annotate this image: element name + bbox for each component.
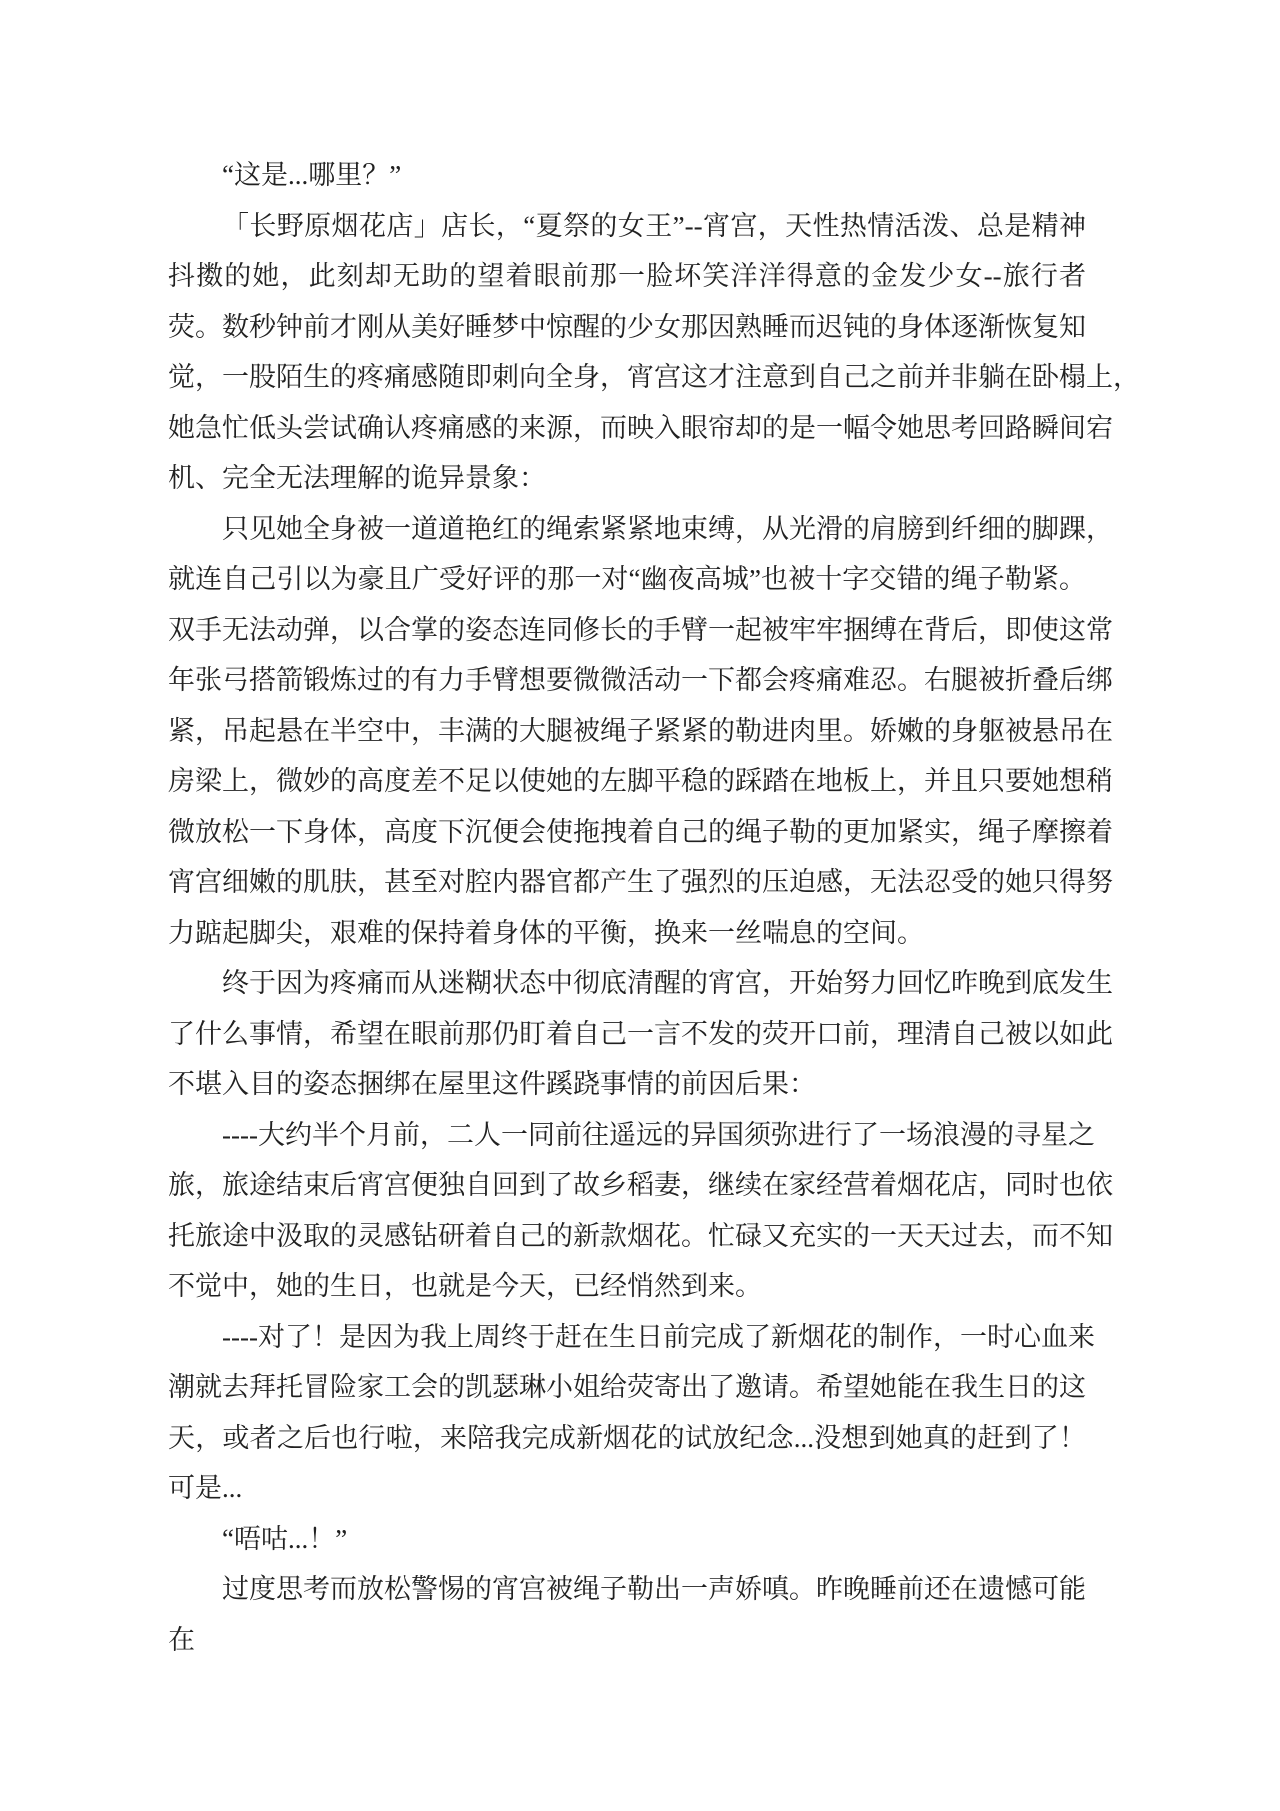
text-line: 宵宫细嫩的肌肤，甚至对腔内器官都产生了强烈的压迫感，无法忍受的她只得努 — [168, 857, 1086, 908]
paragraph: ----对了！是因为我上周终于赶在生日前完成了新烟花的制作，一时心血来潮就去拜托… — [168, 1312, 1086, 1514]
text-line: 「长野原烟花店」店长，“夏祭的女王”--宵宫，天性热情活泼、总是精神 — [168, 201, 1086, 252]
text-line: ----大约半个月前，二人一同前往遥远的异国须弥进行了一场浪漫的寻星之 — [168, 1110, 1086, 1161]
text-line: 双手无法动弹，以合掌的姿态连同修长的手臂一起被牢牢捆缚在背后，即使这常 — [168, 605, 1086, 656]
paragraph: 数秒钟前才刚从美好睡梦中惊醒的少女那因熟睡而迟钝的身体逐渐恢复知觉，一股陌生的疼… — [168, 302, 1086, 504]
text-line: 房梁上，微妙的高度差不足以使她的左脚平稳的踩踏在地板上，并且只要她想稍 — [168, 756, 1086, 807]
text-line: “唔咕...！” — [168, 1514, 1086, 1565]
text-line: 托旅途中汲取的灵感钻研着自己的新款烟花。忙碌又充实的一天天过去，而不知 — [168, 1211, 1086, 1262]
text-line: 就连自己引以为豪且广受好评的那一对“幽夜高城”也被十字交错的绳子勒紧。 — [168, 554, 1086, 605]
text-line: 年张弓搭箭锻炼过的有力手臂想要微微活动一下都会疼痛难忍。右腿被折叠后绑 — [168, 655, 1086, 706]
text-line: 微放松一下身体，高度下沉便会使拖拽着自己的绳子勒的更加紧实，绳子摩擦着 — [168, 807, 1086, 858]
text-line: 可是... — [168, 1463, 1086, 1514]
text-line: 天，或者之后也行啦，来陪我完成新烟花的试放纪念...没想到她真的赶到了！ — [168, 1413, 1086, 1464]
text-line: 不觉中，她的生日，也就是今天，已经悄然到来。 — [168, 1261, 1086, 1312]
text-line: 旅，旅途结束后宵宫便独自回到了故乡稻妻，继续在家经营着烟花店，同时也依 — [168, 1160, 1086, 1211]
text-line: “这是...哪里？” — [168, 150, 1086, 201]
document-body: “这是...哪里？”「长野原烟花店」店长，“夏祭的女王”--宵宫，天性热情活泼、… — [168, 150, 1086, 1615]
text-line: 紧，吊起悬在半空中，丰满的大腿被绳子紧紧的勒进肉里。娇嫩的身躯被悬吊在 — [168, 706, 1086, 757]
paragraph: 只见她全身被一道道艳红的绳索紧紧地束缚，从光滑的肩膀到纤细的脚踝，就连自己引以为… — [168, 504, 1086, 959]
text-line: ----对了！是因为我上周终于赶在生日前完成了新烟花的制作，一时心血来 — [168, 1312, 1086, 1363]
paragraph: 终于因为疼痛而从迷糊状态中彻底清醒的宵宫，开始努力回忆昨晚到底发生了什么事情，希… — [168, 958, 1086, 1110]
text-line: 她急忙低头尝试确认疼痛感的来源，而映入眼帘却的是一幅令她思考回路瞬间宕 — [168, 403, 1086, 454]
text-line: 数秒钟前才刚从美好睡梦中惊醒的少女那因熟睡而迟钝的身体逐渐恢复知 — [168, 302, 1086, 353]
text-line: 了什么事情，希望在眼前那仍盯着自己一言不发的荧开口前，理清自己被以如此 — [168, 1009, 1086, 1060]
text-line: 觉，一股陌生的疼痛感随即刺向全身，宵宫这才注意到自己之前并非躺在卧榻上， — [168, 352, 1086, 403]
text-line: 抖擞的她，此刻却无助的望着眼前那一脸坏笑洋洋得意的金发少女--旅行者荧。 — [168, 251, 1086, 302]
paragraph: 「长野原烟花店」店长，“夏祭的女王”--宵宫，天性热情活泼、总是精神抖擞的她，此… — [168, 201, 1086, 302]
text-line: 不堪入目的姿态捆绑在屋里这件蹊跷事情的前因后果： — [168, 1059, 1086, 1110]
text-line: 潮就去拜托冒险家工会的凯瑟琳小姐给荧寄出了邀请。希望她能在我生日的这 — [168, 1362, 1086, 1413]
paragraph: “唔咕...！” — [168, 1514, 1086, 1565]
text-line: 只见她全身被一道道艳红的绳索紧紧地束缚，从光滑的肩膀到纤细的脚踝， — [168, 504, 1086, 555]
text-line: 机、完全无法理解的诡异景象： — [168, 453, 1086, 504]
paragraph: 过度思考而放松警惕的宵宫被绳子勒出一声娇嗔。昨晚睡前还在遗憾可能在 — [168, 1564, 1086, 1615]
text-line: 终于因为疼痛而从迷糊状态中彻底清醒的宵宫，开始努力回忆昨晚到底发生 — [168, 958, 1086, 1009]
document-page: “这是...哪里？”「长野原烟花店」店长，“夏祭的女王”--宵宫，天性热情活泼、… — [0, 0, 1280, 1811]
paragraph: “这是...哪里？” — [168, 150, 1086, 201]
text-line: 力踮起脚尖，艰难的保持着身体的平衡，换来一丝喘息的空间。 — [168, 908, 1086, 959]
text-line: 过度思考而放松警惕的宵宫被绳子勒出一声娇嗔。昨晚睡前还在遗憾可能在 — [168, 1564, 1086, 1615]
paragraph: ----大约半个月前，二人一同前往遥远的异国须弥进行了一场浪漫的寻星之旅，旅途结… — [168, 1110, 1086, 1312]
